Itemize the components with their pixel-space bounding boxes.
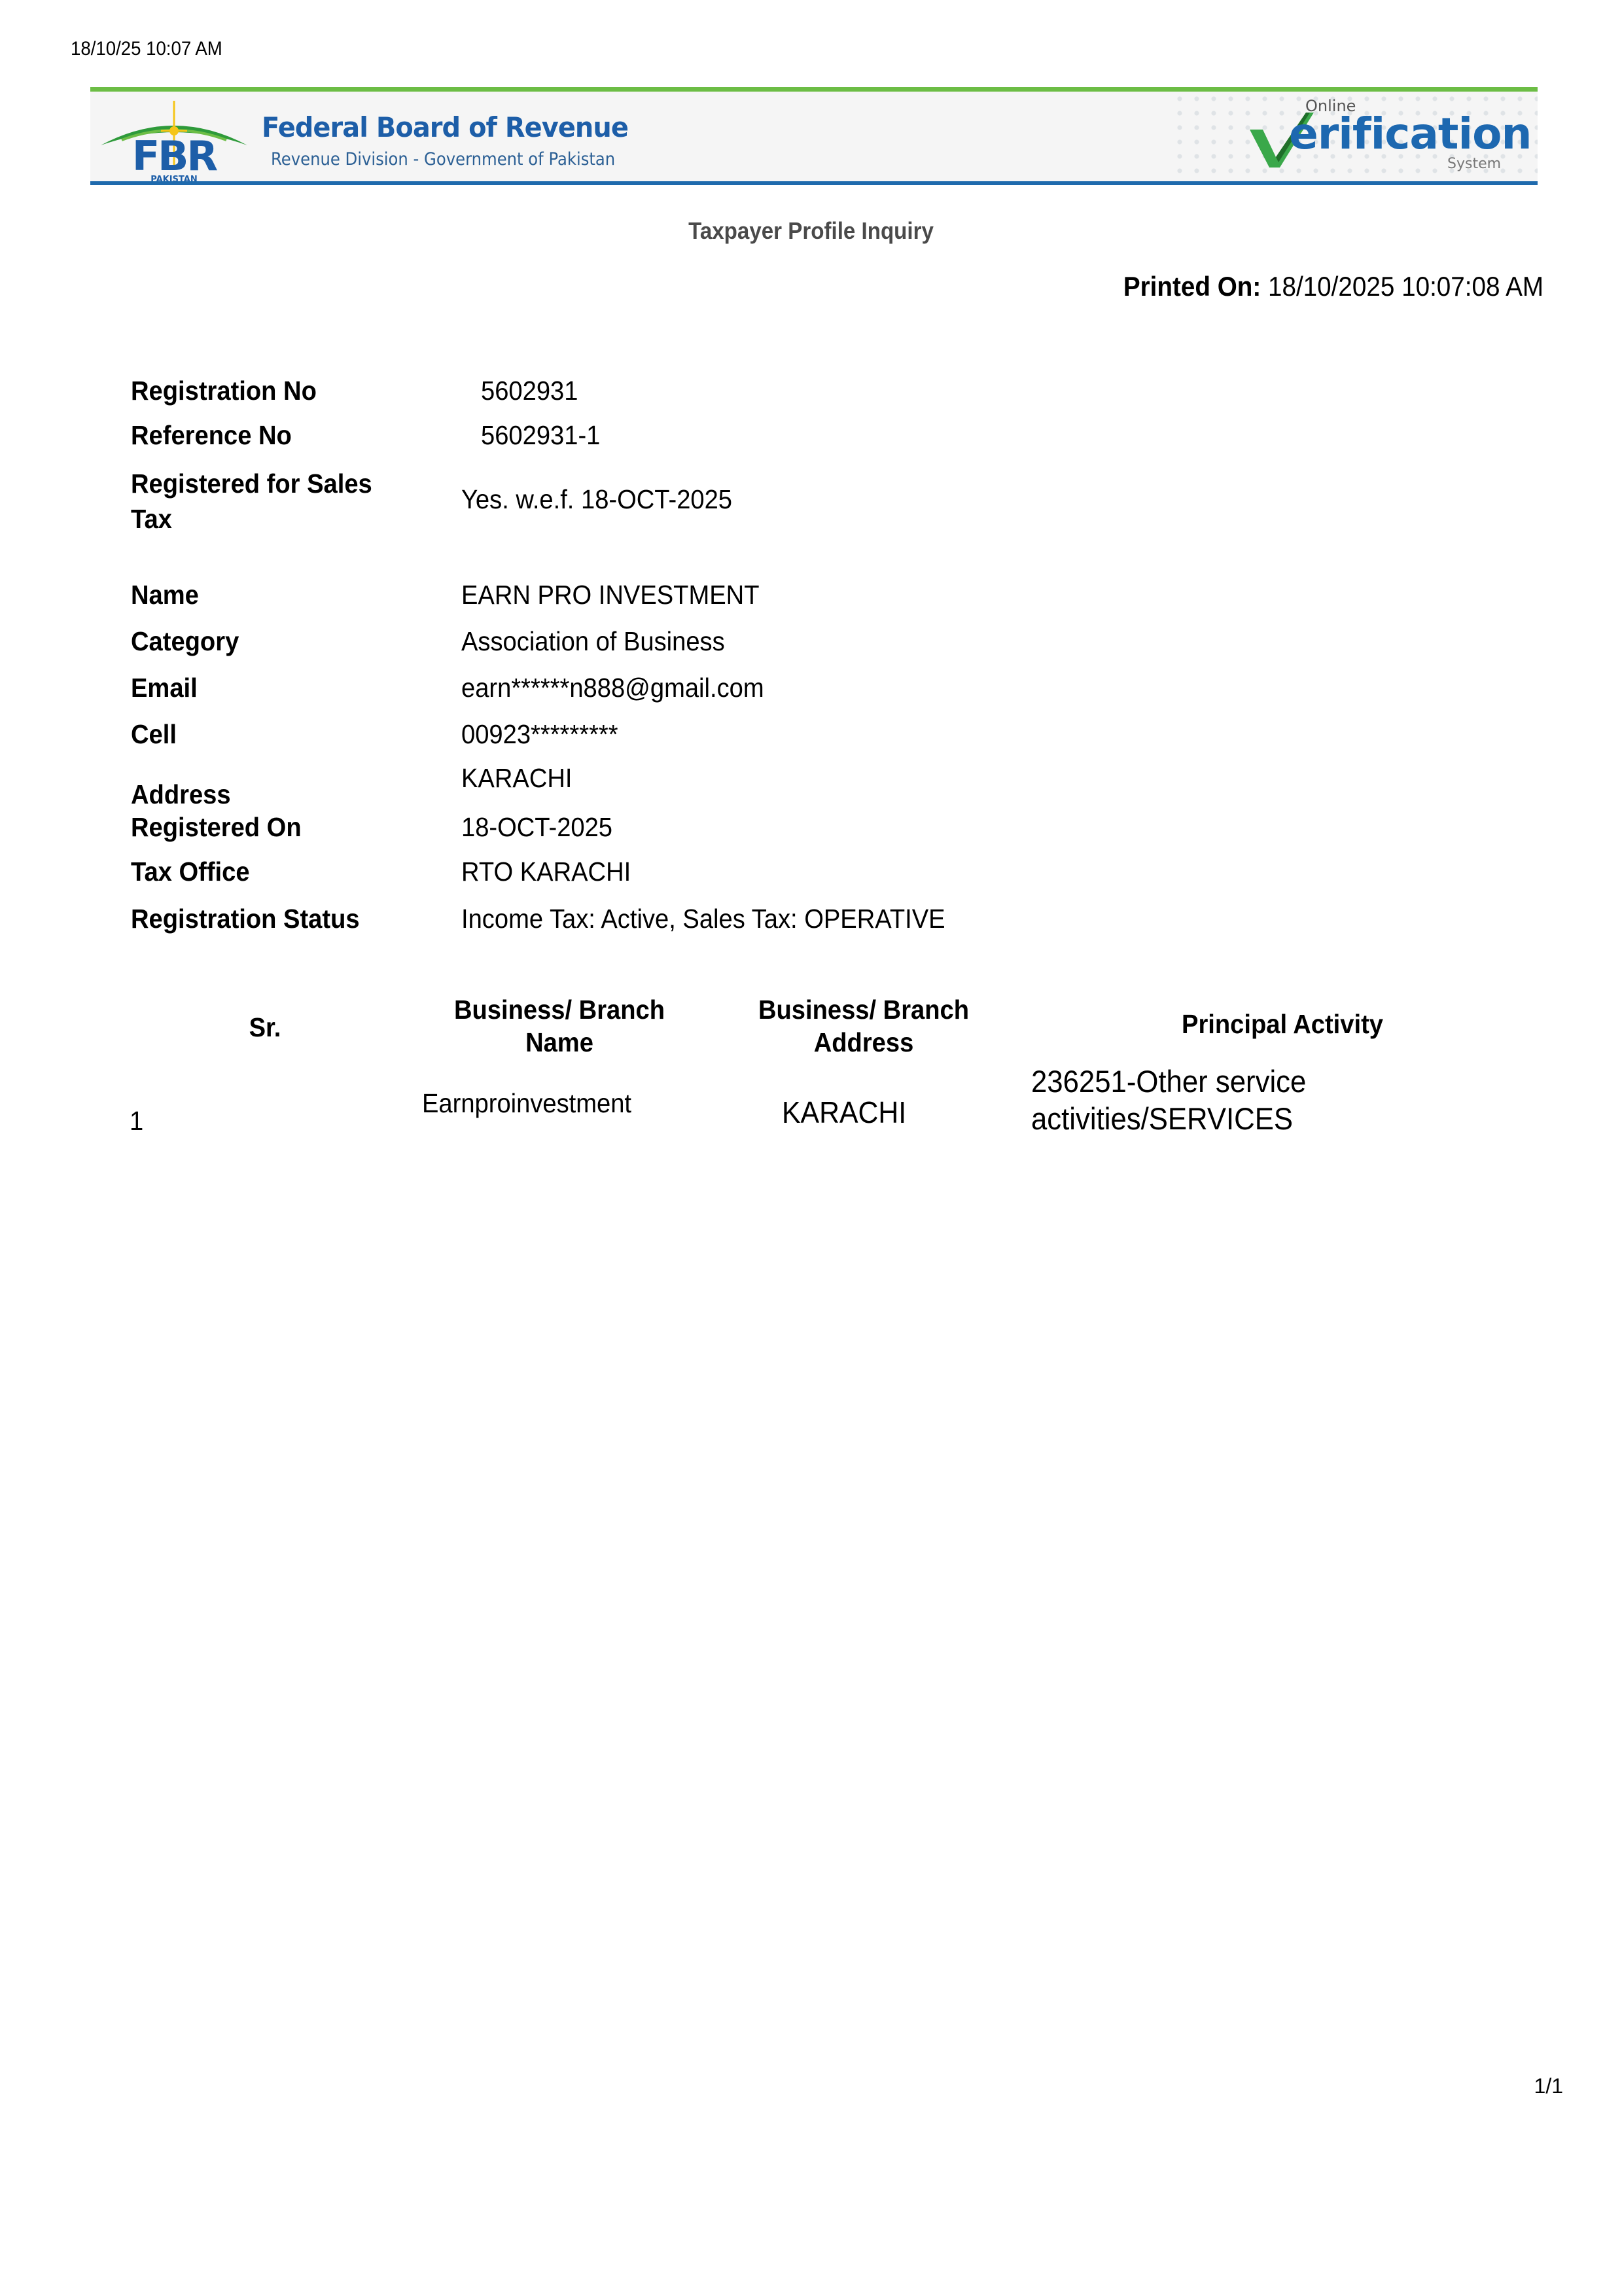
svg-text:FBR: FBR xyxy=(132,132,218,180)
print-timestamp: 18/10/25 10:07 AM xyxy=(71,38,222,60)
field-label: Name xyxy=(131,577,417,612)
field-value: Income Tax: Active, Sales Tax: OPERATIVE xyxy=(461,901,945,936)
fbr-banner: FBR PAKISTAN Federal Board of Revenue Re… xyxy=(90,87,1538,185)
column-header-branch-name: Business/ Branch Name xyxy=(423,993,697,1059)
field-value: RTO KARACHI xyxy=(461,854,631,889)
svg-text:PAKISTAN: PAKISTAN xyxy=(150,175,197,183)
field-label: Email xyxy=(131,670,417,705)
printed-on: Printed On: 18/10/2025 10:07:08 AM xyxy=(1123,271,1543,302)
field-value: 00923********* xyxy=(461,716,618,752)
cell-branch-name: Earnproinvestment xyxy=(422,1085,631,1122)
field-label: Registered for Sales Tax xyxy=(131,466,398,537)
field-value: 18-OCT-2025 xyxy=(461,809,612,845)
cell-principal-activity-line2: activities/SERVICES xyxy=(1031,1101,1293,1137)
field-value: Yes. w.e.f. 18-OCT-2025 xyxy=(461,482,732,517)
field-label: Registration No xyxy=(131,373,417,408)
fbr-logo-icon: FBR PAKISTAN xyxy=(96,99,253,183)
column-header-sr: Sr. xyxy=(204,1011,326,1044)
ovs-verification-text: erification xyxy=(1289,109,1531,159)
field-label: Registered On xyxy=(131,809,417,845)
ovs-system-text: System xyxy=(1447,156,1501,172)
org-title: Federal Board of Revenue xyxy=(262,111,628,143)
field-value: 5602931 xyxy=(481,373,578,408)
page-title: Taxpayer Profile Inquiry xyxy=(65,217,1557,245)
field-value: 5602931-1 xyxy=(481,417,600,453)
org-subtitle: Revenue Division - Government of Pakista… xyxy=(271,149,615,169)
column-header-branch-address: Business/ Branch Address xyxy=(736,993,992,1059)
field-value: KARACHI xyxy=(461,760,573,796)
field-label: Address xyxy=(131,777,417,812)
field-label: Cell xyxy=(131,716,417,752)
field-label: Reference No xyxy=(131,417,417,453)
cell-branch-address: KARACHI xyxy=(782,1094,906,1131)
page-number: 1/1 xyxy=(1534,2074,1563,2098)
field-label: Registration Status xyxy=(131,901,417,936)
printed-on-label: Printed On: xyxy=(1123,271,1261,302)
field-value: earn******n888@gmail.com xyxy=(461,670,764,705)
field-value: EARN PRO INVESTMENT xyxy=(461,577,759,612)
field-value: Association of Business xyxy=(461,624,725,659)
printed-on-value: 18/10/2025 10:07:08 AM xyxy=(1268,271,1543,302)
cell-principal-activity-line1: 236251-Other service xyxy=(1031,1063,1306,1100)
field-label: Tax Office xyxy=(131,854,417,889)
cell-sr: 1 xyxy=(130,1103,143,1139)
online-verification-logo: Online erification System xyxy=(1217,96,1511,179)
field-label: Category xyxy=(131,624,417,659)
column-header-principal-activity: Principal Activity xyxy=(1137,1008,1428,1040)
